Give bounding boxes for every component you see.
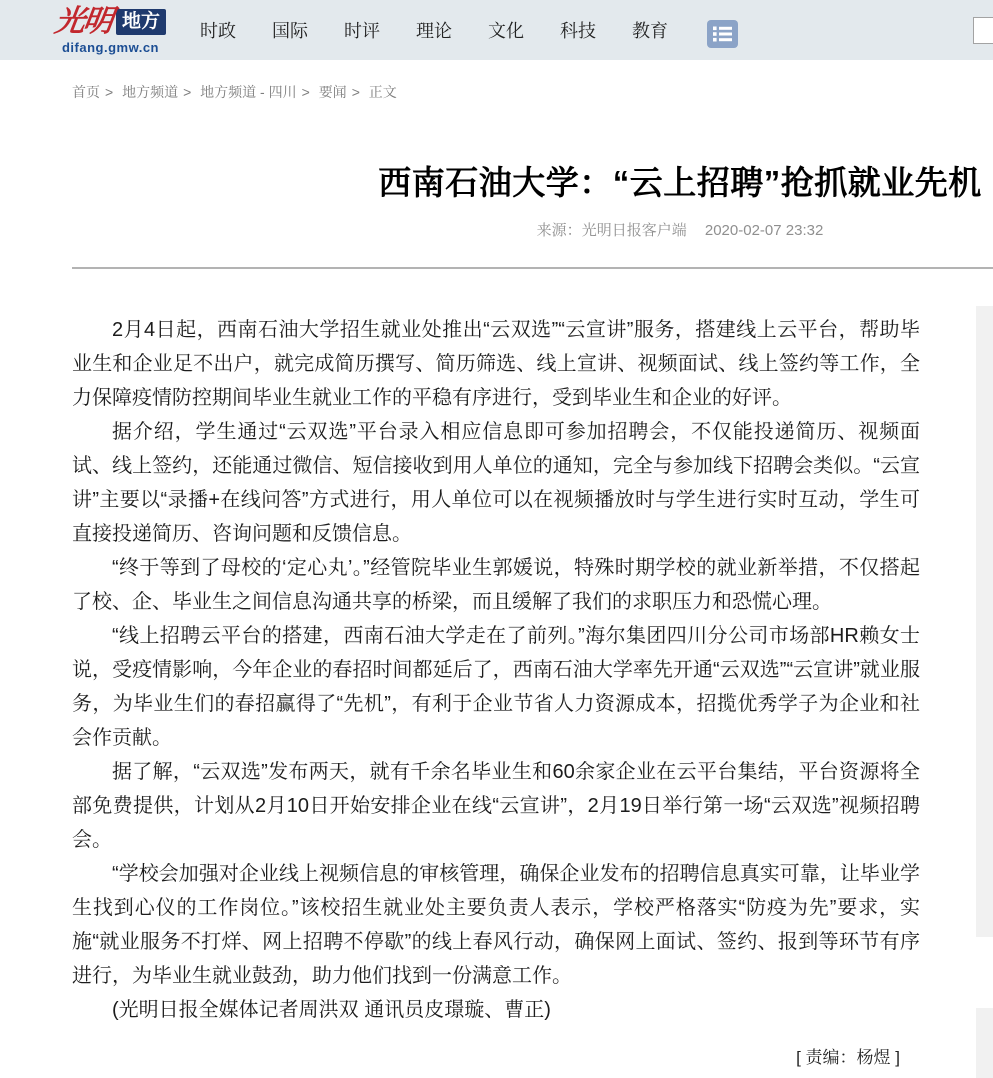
site-header: 光明 地方 difang.gmw.cn 时政 国际 时评 理论 文化 科技 教育 [0,0,993,60]
paragraph-2: 据介绍，学生通过“云双选”平台录入相应信息即可参加招聘会，不仅能投递简历、视频面… [72,415,920,551]
top-nav: 时政 国际 时评 理论 文化 科技 教育 [200,12,738,48]
logo-row: 光明 地方 [55,7,166,37]
site-logo[interactable]: 光明 地方 difang.gmw.cn [55,7,166,54]
menu-list-icon[interactable] [707,20,738,48]
article-body: 2月4日起，西南石油大学招生就业处推出“云双选”“云宣讲”服务，搭建线上云平台，… [0,269,993,1075]
paragraph-6: “学校会加强对企业线上视频信息的审核管理，确保企业发布的招聘信息真实可靠，让毕业… [72,857,920,993]
breadcrumb-separator: > [302,84,310,100]
paragraph-byline: (光明日报全媒体记者周洪双 通讯员皮璟璇、曹正) [72,993,920,1027]
page: 光明 地方 difang.gmw.cn 时政 国际 时评 理论 文化 科技 教育 [0,0,993,1078]
breadcrumb-separator: > [352,84,360,100]
breadcrumb-yaowen[interactable]: 要闻 [319,84,347,100]
search-input[interactable] [973,17,993,44]
paragraph-3: “终于等到了母校的‘定心丸’。”经管院毕业生郭媛说，特殊时期学校的就业新举措，不… [72,551,920,619]
breadcrumb-current[interactable]: 正文 [369,84,397,100]
editor-line: [ 责编：杨煜 ] [72,1041,920,1075]
nav-item-jiaoyu[interactable]: 教育 [632,17,668,43]
breadcrumb-channel[interactable]: 地方频道 [122,84,178,100]
logo-brand-guangming: 光明 [53,7,113,37]
nav-item-guoji[interactable]: 国际 [272,17,308,43]
breadcrumb-home[interactable]: 首页 [72,84,100,100]
right-sidebar-sliver [976,1008,993,1078]
right-sidebar-sliver [976,306,993,937]
breadcrumb-sichuan[interactable]: 地方频道 - 四川 [200,84,296,100]
breadcrumb-separator: > [183,84,191,100]
publish-date: 2020-02-07 23:32 [705,222,823,239]
nav-item-shizheng[interactable]: 时政 [200,17,236,43]
article-head: 西南石油大学：“云上招聘”抢抓就业先机 来源：光明日报客户端 2020-02-0… [0,160,993,242]
logo-domain: difang.gmw.cn [62,41,159,54]
page-title: 西南石油大学：“云上招聘”抢抓就业先机 [0,160,993,206]
nav-item-keji[interactable]: 科技 [560,17,596,43]
breadcrumb: 首页> 地方频道> 地方频道 - 四川> 要闻> 正文 [0,60,993,102]
nav-item-wenhua[interactable]: 文化 [488,17,524,43]
logo-section-badge: 地方 [116,9,166,35]
paragraph-5: 据了解，“云双选”发布两天，就有千余名毕业生和60余家企业在云平台集结，平台资源… [72,755,920,857]
paragraph-4: “线上招聘云平台的搭建，西南石油大学走在了前列。”海尔集团四川分公司市场部HR赖… [72,619,920,755]
nav-item-shiping[interactable]: 时评 [344,17,380,43]
article-meta: 来源：光明日报客户端 2020-02-07 23:32 [0,220,993,242]
source-label: 来源： [537,222,582,239]
paragraph-1: 2月4日起，西南石油大学招生就业处推出“云双选”“云宣讲”服务，搭建线上云平台，… [72,313,920,415]
nav-item-lilun[interactable]: 理论 [416,17,452,43]
breadcrumb-separator: > [105,84,113,100]
source-name: 光明日报客户端 [582,222,687,239]
